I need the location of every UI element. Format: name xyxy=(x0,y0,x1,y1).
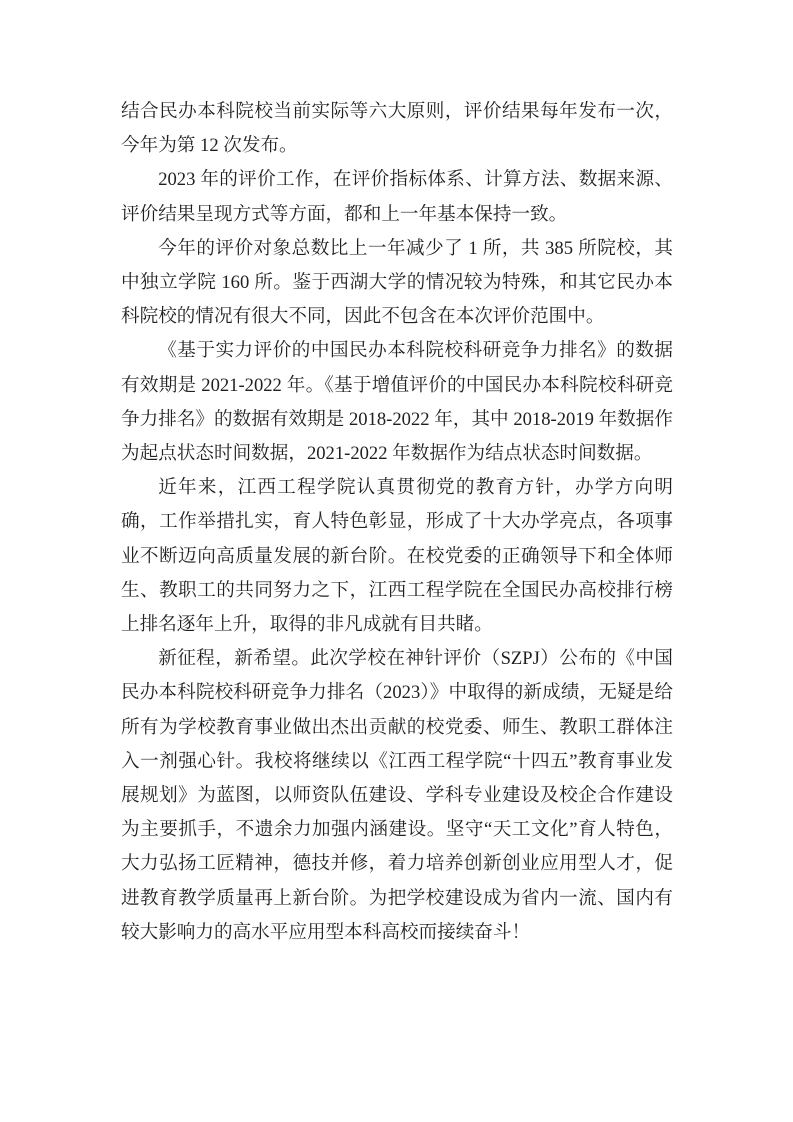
paragraph-continuation: 结合民办本科院校当前实际等六大原则，评价结果每年发布一次，今年为第 12 次发布… xyxy=(121,95,673,163)
paragraph-data-validity: 《基于实力评价的中国民办本科院校科研竞争力排名》的数据有效期是 2021-202… xyxy=(121,334,673,471)
paragraph-school-achievements: 近年来，江西工程学院认真贯彻党的教育方针，办学方向明确，工作举措扎实，育人特色彰… xyxy=(121,471,673,642)
document-body: 结合民办本科院校当前实际等六大原则，评价结果每年发布一次，今年为第 12 次发布… xyxy=(121,95,673,950)
paragraph-new-journey: 新征程，新希望。此次学校在神针评价（SZPJ）公布的《中国民办本科院校科研竞争力… xyxy=(121,642,673,950)
paragraph-evaluation-scope: 今年的评价对象总数比上一年减少了 1 所，共 385 所院校，其中独立学院 16… xyxy=(121,232,673,335)
paragraph-evaluation-2023: 2023 年的评价工作，在评价指标体系、计算方法、数据来源、评价结果呈现方式等方… xyxy=(121,163,673,231)
document-page: 结合民办本科院校当前实际等六大原则，评价结果每年发布一次，今年为第 12 次发布… xyxy=(0,0,793,1122)
